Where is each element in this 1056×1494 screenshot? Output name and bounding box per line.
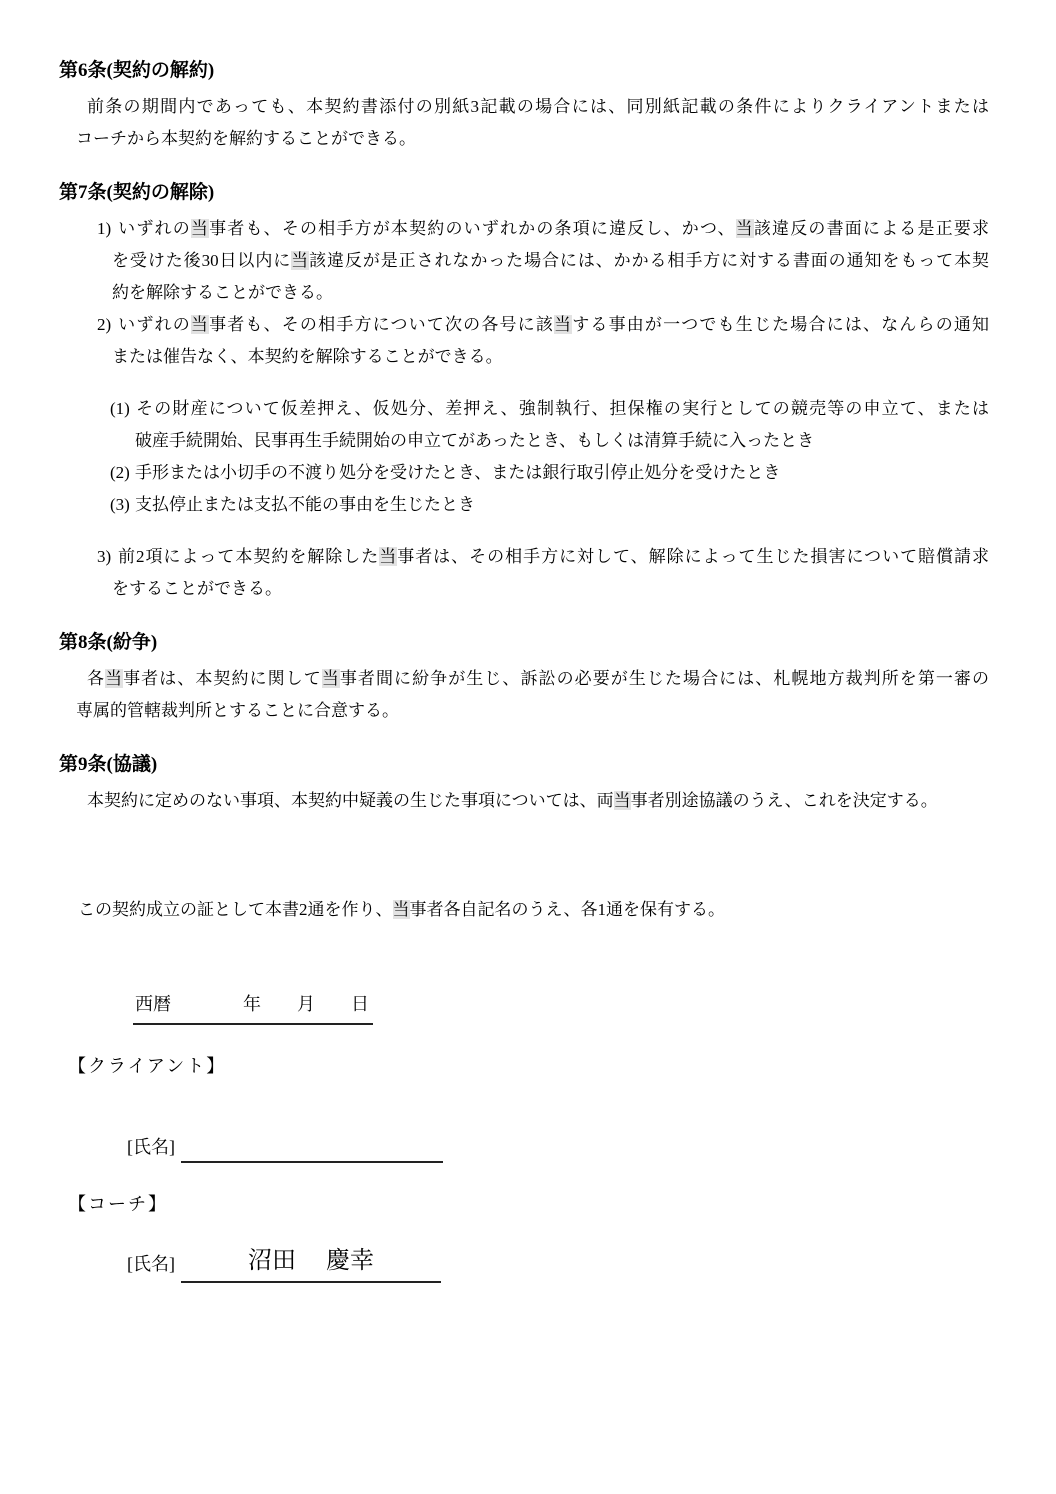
search-highlight: 当 — [379, 547, 397, 566]
closing-statement: この契約成立の証として本書2通を作り、当事者各自記名のうえ、各1通を保有する。 — [78, 894, 989, 926]
clause-block: 各当事者は、本契約に関して当事者間に紛争が生じ、訴訟の必要が生じた場合には、札幌… — [76, 663, 989, 727]
clause-block: 前条の期間内であっても、本契約書添付の別紙3記載の場合には、同別紙記載の条件によ… — [76, 91, 989, 155]
article: 第9条(協議)本契約に定めのない事項、本契約中疑義の生じた事項については、両当事… — [59, 749, 989, 817]
contract-line: 専属的管轄裁判所とすることに合意する。 — [76, 695, 989, 727]
date-gap — [315, 1009, 351, 1010]
clause-block: 2)いずれの当事者も、その相手方について次の各号に該当する事由が一つでも生じた場… — [112, 309, 989, 373]
clause-block: (2)手形または小切手の不渡り処分を受けたとき、または銀行取引停止処分を受けたと… — [135, 457, 989, 489]
article: 第6条(契約の解約)前条の期間内であっても、本契約書添付の別紙3記載の場合には、… — [59, 55, 989, 155]
contract-page: 第6条(契約の解約)前条の期間内であっても、本契約書添付の別紙3記載の場合には、… — [0, 0, 1056, 1494]
item-marker: (2) — [110, 457, 135, 489]
client-section-label: 【クライアント】 — [68, 1050, 989, 1082]
search-highlight: 当 — [322, 669, 340, 688]
article-heading: 第8条(紛争) — [59, 627, 989, 659]
coach-signature-name: 沼田慶幸 — [248, 1248, 374, 1274]
coach-name-label: [氏名] — [127, 1254, 175, 1274]
search-highlight: 当 — [191, 219, 209, 238]
contract-line: 破産手続開始、民事再生手続開始の申立てがあったとき、もしくは清算手続に入ったとき — [135, 425, 989, 457]
search-highlight: 当 — [393, 900, 410, 919]
contract-line: 3)前2項によって本契約を解除した当事者は、その相手方に対して、解除によって生じ… — [112, 541, 989, 573]
contract-line: 前条の期間内であっても、本契約書添付の別紙3記載の場合には、同別紙記載の条件によ… — [76, 91, 989, 123]
contract-document: 第6条(契約の解約)前条の期間内であっても、本契約書添付の別紙3記載の場合には、… — [59, 55, 989, 1283]
article-heading: 第9条(協議) — [59, 749, 989, 781]
contract-line: 2)いずれの当事者も、その相手方について次の各号に該当する事由が一つでも生じた場… — [112, 309, 989, 341]
coach-name-row: [氏名]沼田慶幸 — [127, 1243, 989, 1283]
clause-block: 本契約に定めのない事項、本契約中疑義の生じた事項については、両当事者別途協議のう… — [76, 785, 989, 817]
clause-block: 1)いずれの当事者も、その相手方が本契約のいずれかの条項に違反し、かつ、当該違反… — [112, 213, 989, 309]
date-underline: 西暦年月日 — [133, 987, 373, 1025]
contract-line: 約を解除することができる。 — [112, 277, 989, 309]
contract-line: (3)支払停止または支払不能の事由を生じたとき — [135, 489, 989, 521]
contract-line: 各当事者は、本契約に関して当事者間に紛争が生じ、訴訟の必要が生じた場合には、札幌… — [76, 663, 989, 695]
search-highlight: 当 — [105, 669, 123, 688]
article-heading: 第6条(契約の解約) — [59, 55, 989, 87]
clause-block: (3)支払停止または支払不能の事由を生じたとき — [135, 489, 989, 521]
client-signature-line — [181, 1135, 443, 1163]
article-heading: 第7条(契約の解除) — [59, 177, 989, 209]
search-highlight: 当 — [291, 251, 309, 270]
date-part-year: 年 — [243, 994, 261, 1014]
coach-given-name: 慶幸 — [326, 1248, 374, 1274]
clause-block: 3)前2項によって本契約を解除した当事者は、その相手方に対して、解除によって生じ… — [112, 541, 989, 605]
contract-line: をすることができる。 — [112, 573, 989, 605]
contract-line: (1)その財産について仮差押え、仮処分、差押え、強制執行、担保権の実行としての競… — [135, 393, 989, 425]
client-name-row: [氏名] — [127, 1131, 989, 1163]
item-marker: (3) — [110, 489, 135, 521]
date-line: 西暦年月日 — [133, 987, 989, 1025]
contract-line: (2)手形または小切手の不渡り処分を受けたとき、または銀行取引停止処分を受けたと… — [135, 457, 989, 489]
client-name-label: [氏名] — [127, 1137, 175, 1157]
date-part-era: 西暦 — [135, 994, 171, 1014]
contract-line: を受けた後30日以内に当該違反が是正されなかった場合には、かかる相手方に対する書… — [112, 245, 989, 277]
date-gap — [171, 1009, 243, 1010]
execution-section: 西暦年月日 【クライアント】 [氏名] 【コーチ】 [氏名]沼田慶幸 — [59, 987, 989, 1283]
item-marker: 3) — [97, 541, 117, 573]
date-part-month: 月 — [297, 994, 315, 1014]
article: 第7条(契約の解除)1)いずれの当事者も、その相手方が本契約のいずれかの条項に違… — [59, 177, 989, 605]
article: 第8条(紛争)各当事者は、本契約に関して当事者間に紛争が生じ、訴訟の必要が生じた… — [59, 627, 989, 727]
coach-signature-line: 沼田慶幸 — [181, 1243, 441, 1283]
articles: 第6条(契約の解約)前条の期間内であっても、本契約書添付の別紙3記載の場合には、… — [59, 55, 989, 817]
coach-family-name: 沼田 — [248, 1248, 296, 1274]
contract-line: 本契約に定めのない事項、本契約中疑義の生じた事項については、両当事者別途協議のう… — [76, 785, 989, 817]
search-highlight: 当 — [614, 791, 631, 810]
contract-line: 1)いずれの当事者も、その相手方が本契約のいずれかの条項に違反し、かつ、当該違反… — [112, 213, 989, 245]
date-part-day: 日 — [351, 994, 369, 1014]
item-marker: (1) — [110, 393, 135, 425]
contract-line: または催告なく、本契約を解除することができる。 — [112, 341, 989, 373]
coach-section-label: 【コーチ】 — [68, 1188, 989, 1220]
item-marker: 1) — [97, 213, 117, 245]
search-highlight: 当 — [191, 315, 209, 334]
item-marker: 2) — [97, 309, 117, 341]
search-highlight: 当 — [554, 315, 572, 334]
clause-block: (1)その財産について仮差押え、仮処分、差押え、強制執行、担保権の実行としての競… — [135, 393, 989, 457]
contract-line: コーチから本契約を解約することができる。 — [76, 123, 989, 155]
search-highlight: 当 — [736, 219, 754, 238]
date-gap — [261, 1009, 297, 1010]
